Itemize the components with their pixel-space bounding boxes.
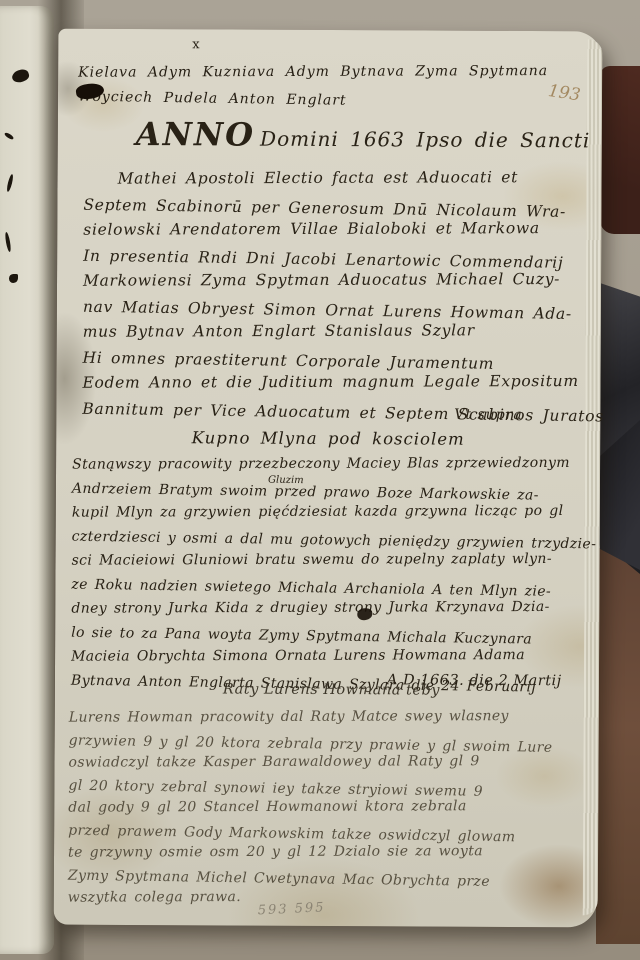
- superscript-insertion: Gluzim: [268, 469, 304, 494]
- ink-fragment: [9, 274, 18, 283]
- title-rest: Domini 1663 Ipso die Sancti: [260, 127, 590, 153]
- entry-title: ANNO Domini 1663 Ipso die Sancti: [136, 115, 591, 155]
- manuscript-line: Bannitum per Vice Aduocatum et Septem Sc…: [82, 396, 604, 429]
- folio-number: 193: [547, 81, 582, 105]
- pencil-note: 593 595: [257, 900, 325, 918]
- manuscript-page: x Kielava Adym Kuzniava Adym Bytnava Zym…: [54, 29, 603, 928]
- manuscript-line: oswiadczyl takze Kasper Barawaldowey dal…: [68, 750, 552, 774]
- manuscript-line: Mathei Apostoli Electio facta est Aduoca…: [84, 165, 606, 192]
- ink-fragment: [4, 132, 15, 141]
- manuscript-line: Eodem Anno et die Juditium magnum Legale…: [82, 369, 604, 396]
- manuscript-line: dal gody 9 gl 20 Stancel Howmanowi ktora…: [68, 795, 552, 819]
- header-names: Kielava Adym Kuzniava Adym Bytnava Zyma …: [78, 61, 548, 111]
- manuscript-line: mus Bytnav Anton Englart Stanislaus Szyl…: [83, 318, 605, 345]
- title-initial: ANNO: [136, 115, 255, 154]
- ink-fragment: [6, 174, 14, 192]
- latin-entry: Mathei Apostoli Electio facta est Aduoca…: [82, 167, 605, 425]
- manuscript-line: Woyciech Pudela Anton Englart: [78, 85, 548, 116]
- manuscript-line: Macieia Obrychta Simona Ornata Lurens Ho…: [71, 643, 596, 669]
- manuscript-line: Kielava Adym Kuzniava Adym Bytnava Zyma …: [78, 59, 548, 85]
- ut-supra-note: Vt supra: [454, 407, 522, 423]
- manuscript-line: sielowski Arendatorem Villae Bialoboki e…: [83, 216, 605, 243]
- manuscript-line: Stanąwszy pracowity przezbeczony Maciey …: [72, 451, 597, 477]
- manuscript-line: sci Macieiowi Gluniowi bratu swemu do zu…: [72, 547, 597, 573]
- polish-entry: Stanąwszy pracowity przezbeczony Maciey …: [71, 453, 597, 696]
- raty-entry: Lurens Howman pracowity dal Raty Matce s…: [68, 707, 553, 912]
- manuscript-line: te grzywny osmie osm 20 y gl 12 Dzialo s…: [68, 840, 552, 864]
- manuscript-line: kupil Mlyn za grzywien pięćdziesiat kazd…: [72, 499, 597, 525]
- manuscript-line: dney strony Jurka Kida z drugiey strony …: [71, 595, 596, 621]
- book-cover-corner: [600, 66, 640, 234]
- ink-fragment: [4, 232, 11, 252]
- section-heading: Kupno Mlyna pod kosciolem: [56, 428, 600, 450]
- book-cover-edge: [596, 548, 640, 944]
- raty-date: A D 1663. die 2 Martij: [387, 672, 562, 689]
- manuscript-line: Lurens Howman pracowity dal Raty Matce s…: [69, 705, 553, 729]
- correction-mark: x: [192, 37, 199, 52]
- manuscript-line: Markowiensi Zyma Spytman Aduocatus Micha…: [83, 267, 605, 294]
- ink-fragment: [11, 68, 31, 85]
- manuscript-photo: x Kielava Adym Kuzniava Adym Bytnava Zym…: [0, 0, 640, 960]
